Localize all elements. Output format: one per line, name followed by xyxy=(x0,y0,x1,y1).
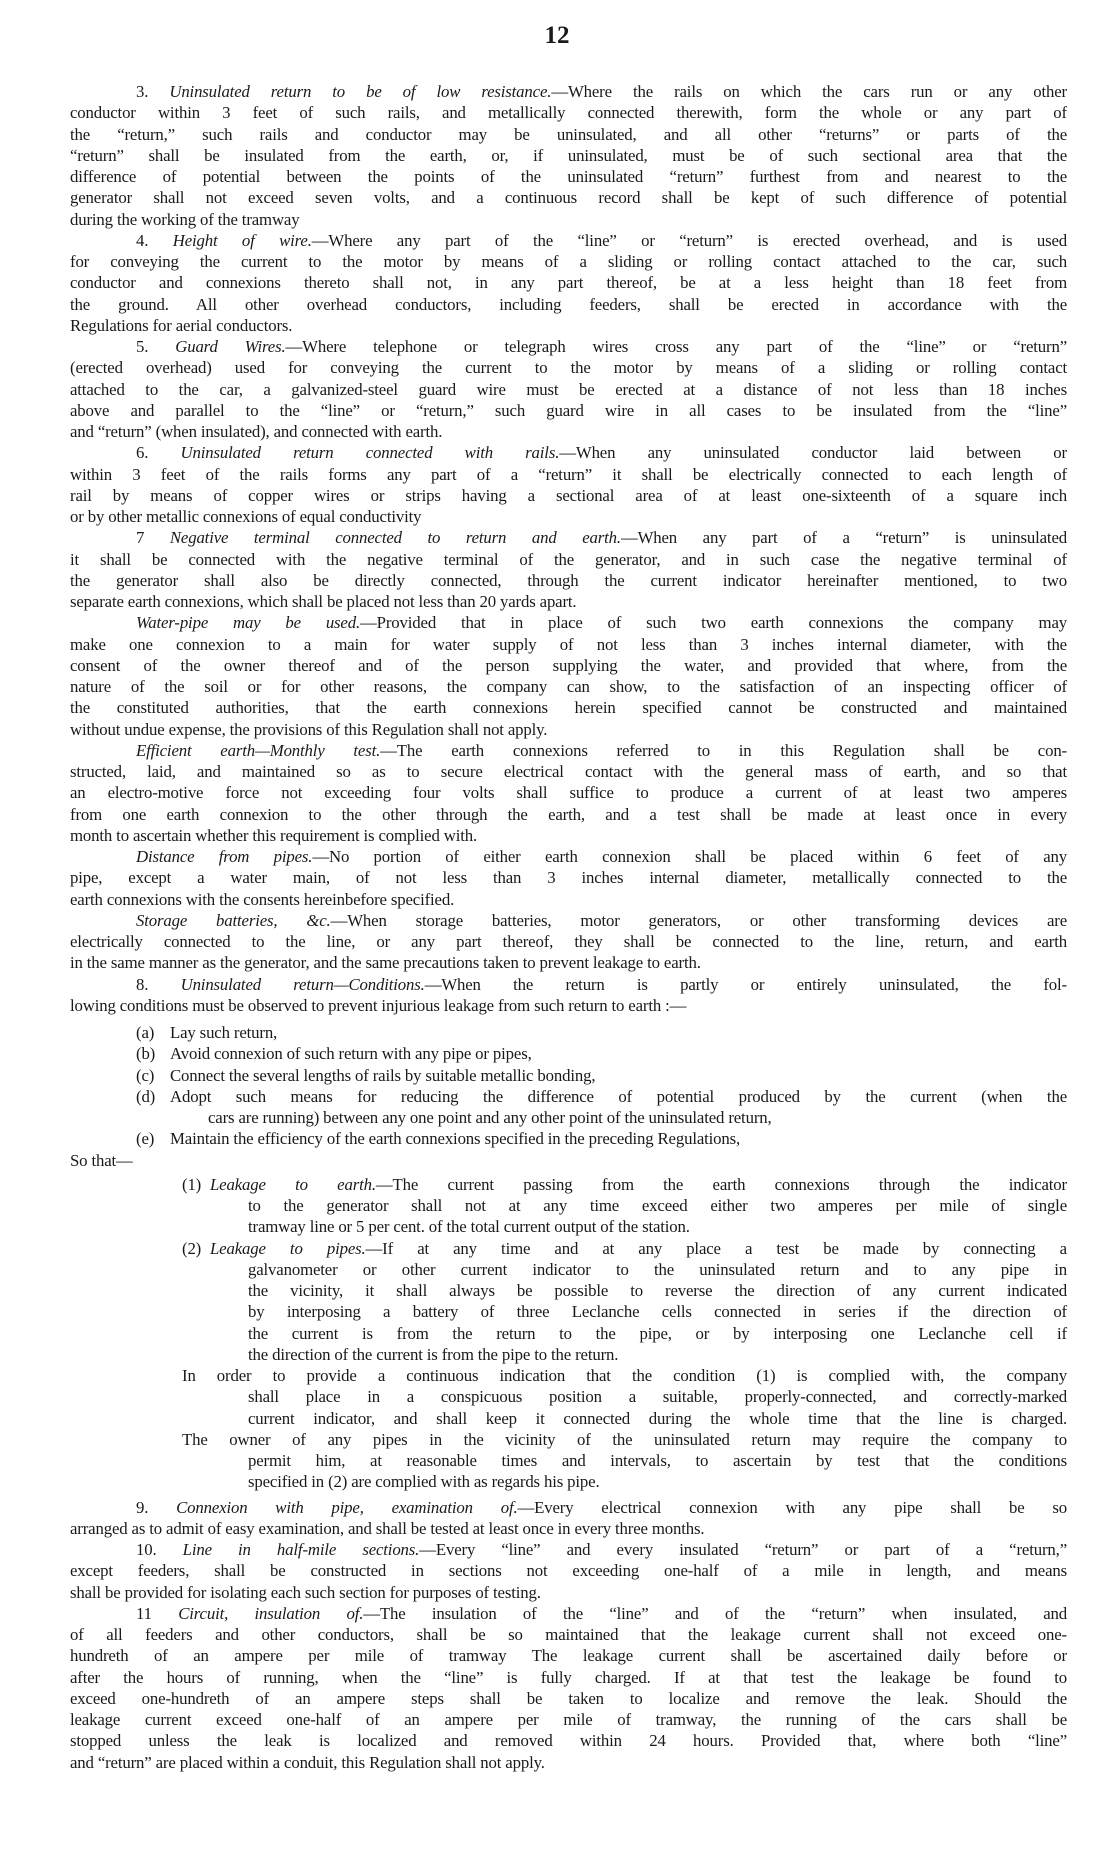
distance-title: Distance from pipes. xyxy=(136,847,312,866)
condition-b: (b)Avoid connexion of such return with a… xyxy=(70,1043,1067,1064)
condition-e: (e)Maintain the efficiency of the earth … xyxy=(70,1128,1067,1149)
efficient-earth-heading-line: Efficient earth—Monthly test.—The earth … xyxy=(70,740,1067,761)
text-line: specified in (2) are complied with as re… xyxy=(70,1471,1067,1492)
text-line: “return” shall be insulated from the ear… xyxy=(70,145,1067,166)
text-line: the “return,” such rails and conductor m… xyxy=(70,124,1067,145)
text-line: the current is from the return to the pi… xyxy=(70,1323,1067,1344)
storage-title: Storage batteries, &c. xyxy=(136,911,331,930)
condition-a: (a)Lay such return, xyxy=(70,1022,1067,1043)
text-line: or by other metallic connexions of equal… xyxy=(70,506,1067,527)
so-that: So that— xyxy=(70,1150,1067,1171)
text-line: the constituted authorities, that the ea… xyxy=(70,697,1067,718)
text-line: stopped unless the leak is localized and… xyxy=(70,1730,1067,1751)
text-line: tramway line or 5 per cent. of the total… xyxy=(70,1216,1067,1237)
reg-9-title: Connexion with pipe, examination of. xyxy=(176,1498,517,1517)
text-line: electrically connected to the line, or a… xyxy=(70,931,1067,952)
text-line: consent of the owner thereof and of the … xyxy=(70,655,1067,676)
text-line: nature of the soil or for other reasons,… xyxy=(70,676,1067,697)
text-line: an electro-motive force not exceeding fo… xyxy=(70,782,1067,803)
reg-5-title: Guard Wires. xyxy=(175,337,285,356)
reg-6-heading-line: 6. Uninsulated return connected with rai… xyxy=(70,442,1067,463)
text-line: during the working of the tramway xyxy=(70,209,1067,230)
reg-7-heading-line: 7 Negative terminal connected to return … xyxy=(70,527,1067,548)
text-line: after the hours of running, when the “li… xyxy=(70,1667,1067,1688)
reg-5-heading-line: 5. Guard Wires.—Where telephone or teleg… xyxy=(70,336,1067,357)
text-line: pipe, except a water main, of not less t… xyxy=(70,867,1067,888)
text-line: earth connexions with the consents herei… xyxy=(70,889,1067,910)
text-line: shall place in a conspicuous position a … xyxy=(70,1386,1067,1407)
text-line: within 3 feet of the rails forms any par… xyxy=(70,464,1067,485)
indicator-para-first-line: In order to provide a continuous indicat… xyxy=(70,1365,1067,1386)
condition-d-continued: cars are running) between any one point … xyxy=(70,1107,1067,1128)
text-line: hundreth of an ampere per mile of tramwa… xyxy=(70,1645,1067,1666)
text-line: to the generator shall not at any time e… xyxy=(70,1195,1067,1216)
water-pipe-title: Water-pipe may be used. xyxy=(136,613,360,632)
storage-heading-line: Storage batteries, &c.—When storage batt… xyxy=(70,910,1067,931)
text-line: attached to the car, a galvanized-steel … xyxy=(70,379,1067,400)
reg-11-title: Circuit, insulation of. xyxy=(178,1604,363,1623)
text-line: month to ascertain whether this requirem… xyxy=(70,825,1067,846)
text-line: above and parallel to the “line” or “ret… xyxy=(70,400,1067,421)
owner-para-first-line: The owner of any pipes in the vicinity o… xyxy=(70,1429,1067,1450)
reg-9-heading-line: 9. Connexion with pipe, examination of.—… xyxy=(70,1497,1067,1518)
text-line: permit him, at reasonable times and inte… xyxy=(70,1450,1067,1471)
text-line: for conveying the current to the motor b… xyxy=(70,251,1067,272)
text-line: the vicinity, it shall always be possibl… xyxy=(70,1280,1067,1301)
efficient-earth-title: Efficient earth—Monthly test. xyxy=(136,741,380,760)
proviso-1-heading-line: (1)Leakage to earth.—The current passing… xyxy=(70,1174,1067,1195)
text-line: conductor within 3 feet of such rails, a… xyxy=(70,102,1067,123)
text-line: generator shall not exceed seven volts, … xyxy=(70,187,1067,208)
text-line: and “return” are placed within a conduit… xyxy=(70,1752,1067,1773)
reg-10-heading-line: 10. Line in half-mile sections.—Every “l… xyxy=(70,1539,1067,1560)
text-line: difference of potential between the poin… xyxy=(70,166,1067,187)
reg-10-title: Line in half-mile sections. xyxy=(183,1540,420,1559)
text-line: and “return” (when insulated), and conne… xyxy=(70,421,1067,442)
water-pipe-heading-line: Water-pipe may be used.—Provided that in… xyxy=(70,612,1067,633)
reg-7-title: Negative terminal connected to return an… xyxy=(170,528,621,547)
text-line: current indicator, and shall keep it con… xyxy=(70,1408,1067,1429)
reg-8-title: Uninsulated return—Conditions. xyxy=(181,975,425,994)
reg-3-title: Uninsulated return to be of low resistan… xyxy=(169,82,551,101)
text-line: of all feeders and other conductors, sha… xyxy=(70,1624,1067,1645)
reg-8-heading-line: 8. Uninsulated return—Conditions.—When t… xyxy=(70,974,1067,995)
text-line: separate earth connexions, which shall b… xyxy=(70,591,1067,612)
text-line: except feeders, shall be constructed in … xyxy=(70,1560,1067,1581)
text-line: make one connexion to a main for water s… xyxy=(70,634,1067,655)
text-line: the ground. All other overhead conductor… xyxy=(70,294,1067,315)
text-line: leakage current exceed one-half of an am… xyxy=(70,1709,1067,1730)
distance-heading-line: Distance from pipes.—No portion of eithe… xyxy=(70,846,1067,867)
text-line: structed, laid, and maintained so as to … xyxy=(70,761,1067,782)
text-line: by interposing a battery of three Leclan… xyxy=(70,1301,1067,1322)
text-line: (erected overhead) used for conveying th… xyxy=(70,357,1067,378)
text-line: exceed one-hundreth of an ampere steps s… xyxy=(70,1688,1067,1709)
text-line: the direction of the current is from the… xyxy=(70,1344,1067,1365)
text-line: galvanometer or other current indicator … xyxy=(70,1259,1067,1280)
text-line: without undue expense, the provisions of… xyxy=(70,719,1067,740)
text-line: arranged as to admit of easy examination… xyxy=(70,1518,1067,1539)
reg-11-heading-line: 11 Circuit, insulation of.—The insulatio… xyxy=(70,1603,1067,1624)
page-number: 12 xyxy=(0,22,1114,50)
proviso-1-title: Leakage to earth. xyxy=(210,1175,376,1194)
regulations-text: 3. Uninsulated return to be of low resis… xyxy=(70,81,1067,1773)
text-line: Regulations for aerial conductors. xyxy=(70,315,1067,336)
text-line: shall be provided for isolating each suc… xyxy=(70,1582,1067,1603)
text-line: it shall be connected with the negative … xyxy=(70,549,1067,570)
text-line: in the same manner as the generator, and… xyxy=(70,952,1067,973)
text-line: from one earth connexion to the other th… xyxy=(70,804,1067,825)
reg-3-heading-line: 3. Uninsulated return to be of low resis… xyxy=(70,81,1067,102)
condition-d: (d)Adopt such means for reducing the dif… xyxy=(70,1086,1067,1107)
text-line: the generator shall also be directly con… xyxy=(70,570,1067,591)
reg-4-title: Height of wire. xyxy=(173,231,312,250)
condition-c: (c)Connect the several lengths of rails … xyxy=(70,1065,1067,1086)
text-line: conductor and connexions thereto shall n… xyxy=(70,272,1067,293)
reg-4-heading-line: 4. Height of wire.—Where any part of the… xyxy=(70,230,1067,251)
text-line: rail by means of copper wires or strips … xyxy=(70,485,1067,506)
text-line: lowing conditions must be observed to pr… xyxy=(70,995,1067,1016)
proviso-2-heading-line: (2)Leakage to pipes.—If at any time and … xyxy=(70,1238,1067,1259)
proviso-2-title: Leakage to pipes. xyxy=(210,1239,366,1258)
reg-6-title: Uninsulated return connected with rails. xyxy=(181,443,560,462)
